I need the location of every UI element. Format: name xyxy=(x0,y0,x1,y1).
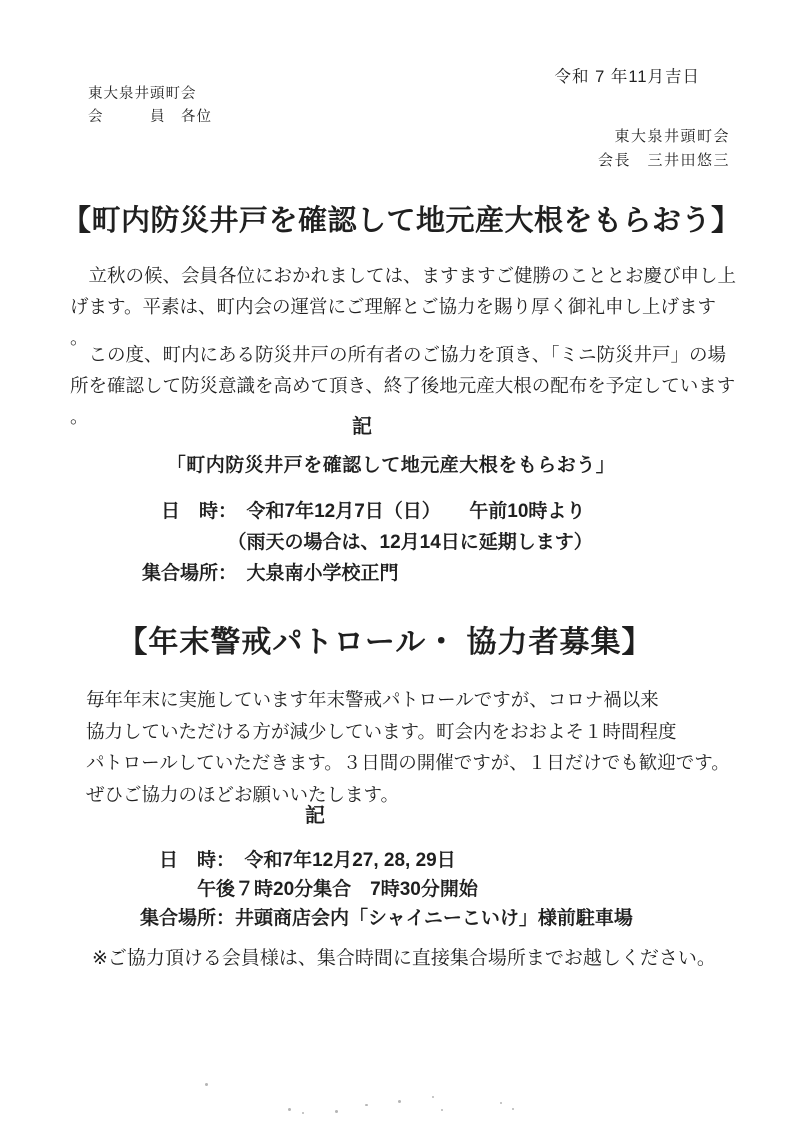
scan-speck xyxy=(441,1109,443,1111)
section2-ki-marker: 記 xyxy=(305,799,325,828)
scan-speck xyxy=(398,1100,401,1103)
section1-ki-marker: 記 xyxy=(352,410,372,439)
addressee-block: 東大泉井頭町会 会 員 各位 xyxy=(88,83,212,129)
section1-details: 日 時： 令和7年12月7日（日） 午前10時より （雨天の場合は、12月14日… xyxy=(142,496,593,589)
section2-paragraph: 毎年年末に実施しています年末警戒パトロールですが、コロナ禍以来 協力していただけ… xyxy=(86,684,730,810)
section2-details: 日 時： 令和7年12月27, 28, 29日 午後７時20分集合 7時30分開… xyxy=(140,846,633,933)
section1-event-title: 「町内防災井戸を確認して地元産大根をもらおう」 xyxy=(0,450,782,477)
scan-speck xyxy=(288,1108,291,1111)
sender-signature-block: 東大泉井頭町会 会長 三井田悠三 xyxy=(0,125,730,172)
scan-speck xyxy=(512,1108,514,1110)
section2-note: ※ご協力頂ける会員様は、集合時間に直接集合場所までお越しください。 xyxy=(92,943,716,970)
scan-speck xyxy=(302,1112,304,1114)
scan-speck xyxy=(500,1102,502,1104)
scan-speck xyxy=(205,1083,208,1086)
section1-title: 【町内防災井戸を確認して地元産大根をもらおう】 xyxy=(62,198,741,239)
scan-speck xyxy=(432,1096,434,1098)
section2-title: 【年末警戒パトロール・ 協力者募集】 xyxy=(0,617,770,661)
section1-paragraph-body: この度、町内にある防災井戸の所有者のご協力を頂き、「ミニ防災井戸」の場 所を確認… xyxy=(70,339,735,432)
scan-speck xyxy=(365,1104,368,1106)
scanned-notice-page: 令和 7 年11月吉日 東大泉井頭町会 会 員 各位 東大泉井頭町会 会長 三井… xyxy=(0,0,800,1132)
scan-speck xyxy=(335,1110,338,1113)
